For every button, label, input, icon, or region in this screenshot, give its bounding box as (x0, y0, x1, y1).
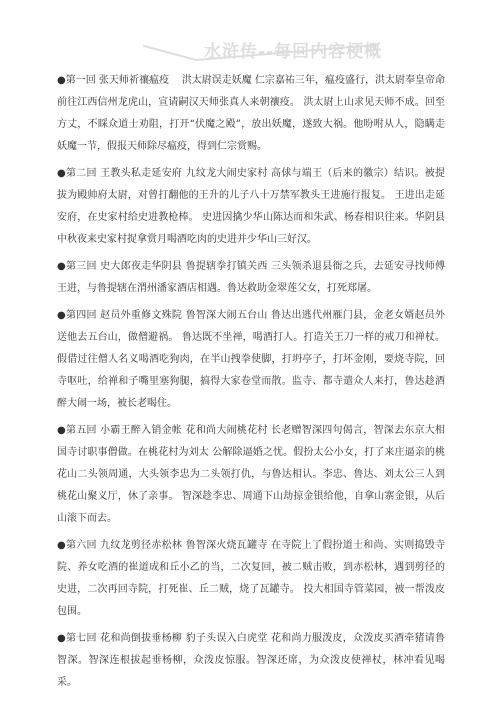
chapter-6-summary: ●第六回 九纹龙剪径赤松林 鲁智深火烧瓦罐寺 在寺院上了假扮道士和尚、实则捣毁寺… (57, 535, 445, 623)
chapter-1-summary: ●第一回 张天师祈禳瘟疫 洪太尉误走妖魔 仁宗嘉祐三年，瘟疫盛行，洪太尉奉皇帝命… (57, 70, 445, 158)
document-title: 水浒传--每回内容梗概 (204, 37, 382, 62)
chapter-7-summary: ●第七回 花和尚倒拔垂杨柳 豹子头误入白虎堂 花和尚力服泼皮，众泼皮买酒牵猪请鲁… (57, 628, 445, 694)
chapter-3-summary: ●第三回 史大郎夜走华阴县 鲁提辖拳打镇关西 三头领杀退县衙之兵，去延安寻找师傅… (57, 256, 445, 300)
document-body: ●第一回 张天师祈禳瘟疫 洪太尉误走妖魔 仁宗嘉祐三年，瘟疫盛行，洪太尉奉皇帝命… (57, 70, 445, 699)
chapter-4-summary: ●第四回 赵员外重修文殊院 鲁智深大闹五台山 鲁达出逃代州雁门县，金老女婿赵员外… (57, 305, 445, 415)
chapter-5-summary: ●第五回 小霸王醉入销金帐 花和尚大闹桃花村 长老赠智深四句偈言，智深去东京大相… (57, 420, 445, 530)
document-title-area: 水浒传--每回内容梗概 (0, 34, 500, 64)
chapter-2-summary: ●第二回 王教头私走延安府 九纹龙大闹史家村 高俅与端王（后来的徽宗）结识。被提… (57, 163, 445, 251)
document-page: 水浒传--每回内容梗概 ●第一回 张天师祈禳瘟疫 洪太尉误走妖魔 仁宗嘉祐三年，… (0, 0, 500, 708)
